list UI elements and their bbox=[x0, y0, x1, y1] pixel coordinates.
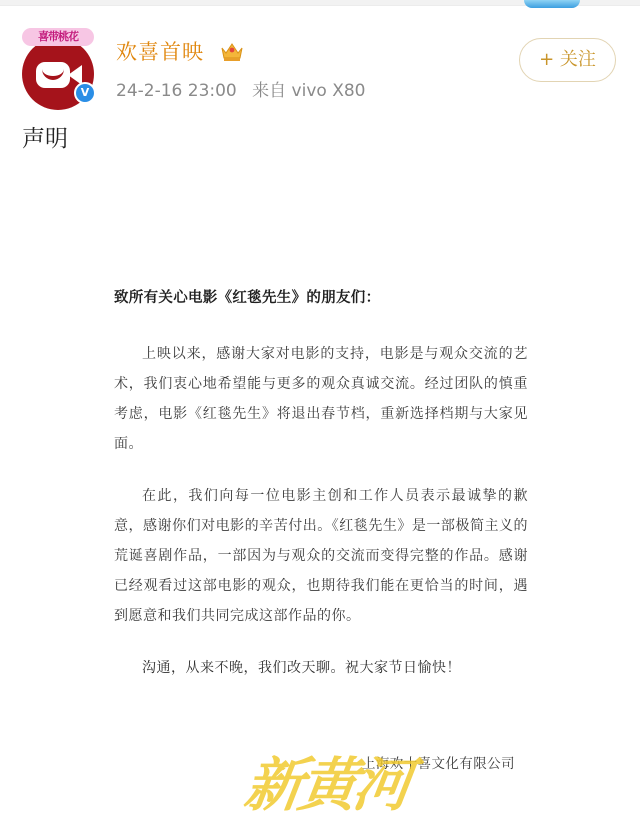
post-meta: 24-2-16 23:00 来自 vivo X80 bbox=[116, 76, 366, 101]
crown-icon bbox=[220, 40, 244, 62]
statement-salutation: 致所有关心电影《红毯先生》的朋友们： bbox=[114, 286, 528, 307]
weibo-post-screen: 喜带桃花 V 欢喜首映 24-2-16 23:00 来自 vivo X80 + … bbox=[0, 0, 640, 836]
statement-paragraph: 上映以来，感谢大家对电影的支持，电影是与观众交流的艺术，我们衷心地希望能与更多的… bbox=[114, 339, 528, 459]
partial-image-top bbox=[524, 0, 580, 8]
post-timestamp: 24-2-16 23:00 bbox=[116, 81, 237, 101]
avatar[interactable]: 喜带桃花 V bbox=[18, 26, 98, 106]
follow-button[interactable]: + 关注 bbox=[519, 38, 616, 82]
post-text: 声明 bbox=[22, 120, 68, 153]
avatar-banner-text: 喜带桃花 bbox=[22, 28, 94, 46]
statement-document: 致所有关心电影《红毯先生》的朋友们： 上映以来，感谢大家对电影的支持，电影是与观… bbox=[114, 286, 528, 683]
statement-closing: 沟通，从来不晚，我们改天聊。祝大家节日愉快！ bbox=[114, 653, 528, 683]
statement-paragraph: 在此，我们向每一位电影主创和工作人员表示最诚挚的歉意，感谢你们对电影的辛苦付出。… bbox=[114, 481, 528, 631]
watermark-logo: 新黄河 bbox=[240, 738, 414, 822]
author-name[interactable]: 欢喜首映 bbox=[116, 36, 204, 66]
post-source: 来自 vivo X80 bbox=[252, 81, 365, 101]
verified-badge-icon: V bbox=[74, 82, 96, 104]
